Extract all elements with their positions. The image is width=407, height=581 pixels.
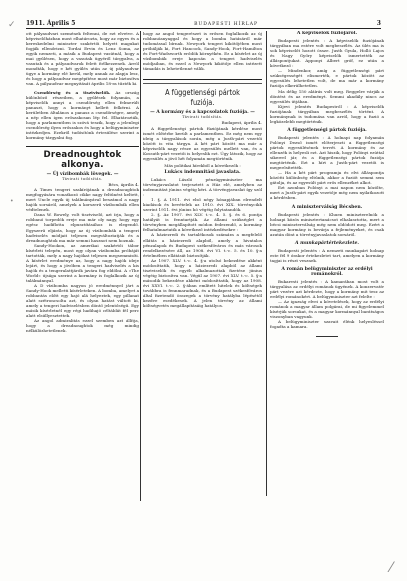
paragraph: Budapesti jelentés : Khuen miniszterelnö… — [270, 212, 384, 237]
paragraph: Ezt azonban Polónyi a mai napon nem közö… — [270, 185, 384, 200]
paragraph: — Ha a két párt programja és elvi állásp… — [270, 170, 384, 185]
section-heading: Lukács indemnitási javaslata. — [143, 170, 262, 175]
paragraph: Ma délig 150 aláírás volt meg. Reggelre … — [270, 89, 384, 104]
section-divider — [26, 146, 139, 147]
pencil-mark-icon: ✓ — [8, 20, 16, 30]
paragraph: Az 1907. XLV. t.-c. 4. §-a utolsó bekezd… — [143, 258, 262, 308]
paragraph: A D vízibomba nagyon jó eredménnyel járt… — [26, 283, 139, 318]
section-heading: A képviselők fuziójáról. — [270, 31, 384, 36]
end-rule — [316, 336, 338, 337]
paragraph: Budapesti jelentés : A holnapi nap folya… — [270, 135, 384, 170]
paragraph: A Times tengeri szakírójának a dreadnoug… — [26, 187, 139, 212]
article-title: A függetlenségi pártok fuziója. — [154, 88, 252, 108]
paragraph: 2. §. Az 1907. évi XLV. t.-c. 4. 5. §. é… — [143, 212, 262, 232]
section-heading: A függetlenségi pártok fuziója. — [270, 128, 384, 133]
column-rule — [140, 31, 141, 501]
pencil-stroke-icon: ⁄ — [390, 560, 392, 576]
newspaper-page: ✓ • ⁄ 1911. Április 5 BUDAPESTI HÍRLAP 3… — [0, 0, 407, 581]
punch-hole-dot-icon: • — [10, 198, 14, 205]
page-header: 1911. Április 5 BUDAPESTI HÍRLAP 3 — [26, 17, 381, 29]
paragraph: — Az igazság elvei a követelések, hogy a… — [270, 299, 384, 319]
section-heading: A román belügyminiszter az erdélyi román… — [270, 267, 384, 277]
section-divider-thin — [143, 83, 262, 84]
paragraph: A háziezredi és tartalékosok számára a m… — [143, 232, 262, 257]
paragraph: Az angol admiralitás ezzel szemben azt á… — [26, 318, 139, 333]
column-rule — [266, 31, 267, 496]
masthead: BUDAPESTI HÍRLAP — [194, 22, 258, 27]
paragraph: — Mindenkor, amíg a függetlenségi párt s… — [270, 68, 384, 88]
column-1: ott pályaudvari szemének feltenni, de ez… — [26, 31, 139, 516]
paragraph: hogy az angol tengerészet is erősen fogl… — [143, 31, 262, 71]
paragraph: Bukaresti jelentés : A kamarában most vo… — [270, 279, 384, 299]
paragraph: A függetlenségi pártok fúziójának kérdés… — [143, 126, 262, 161]
article-title: Dreadnoughtok alkonya. — [26, 150, 139, 170]
paragraph: Kijevi jelentés Budapestről : A képvisel… — [270, 104, 384, 124]
paragraph: 1. §. A 1911. évi első négy hónapjában e… — [143, 197, 262, 212]
page-number: 3 — [377, 20, 381, 27]
paragraph: Lukács László pénzügyminiszter ma törvén… — [143, 177, 262, 197]
paragraph-text: Az ország különböző részeiben, a gyűlése… — [26, 90, 139, 140]
paragraph: Más politikai hírekből a következők : — [143, 163, 262, 168]
paragraph: Budapesti jelentés : A képviselők fuziój… — [270, 38, 384, 68]
paragraph: ott pályaudvari szemének feltenni, de ez… — [26, 31, 139, 87]
section-divider — [143, 79, 262, 80]
paragraph: Csendőrség és a tisztviselők. Az ország … — [26, 90, 139, 140]
section-heading: A munkapártértekezlete. — [270, 241, 384, 246]
paragraph: Dana W. Bowely, volt tisztviselő, azt ír… — [26, 212, 139, 242]
column-3: A képviselők fuziójáról. Budapesti jelen… — [270, 31, 384, 496]
paragraph: A belügyminiszter szavait élénk helyeslé… — [270, 319, 384, 329]
paragraph: Sandy-Hookon, az amerikai szakértői tábo… — [26, 243, 139, 283]
header-date: 1911. Április 5 — [26, 20, 75, 27]
paragraph: Budapesti jelentés : A nemzeti munkapárt… — [270, 248, 384, 263]
column-2: hogy az angol tengerészet is erősen fogl… — [143, 31, 262, 494]
section-heading: A miniszterválság Bécsben. — [270, 205, 384, 210]
